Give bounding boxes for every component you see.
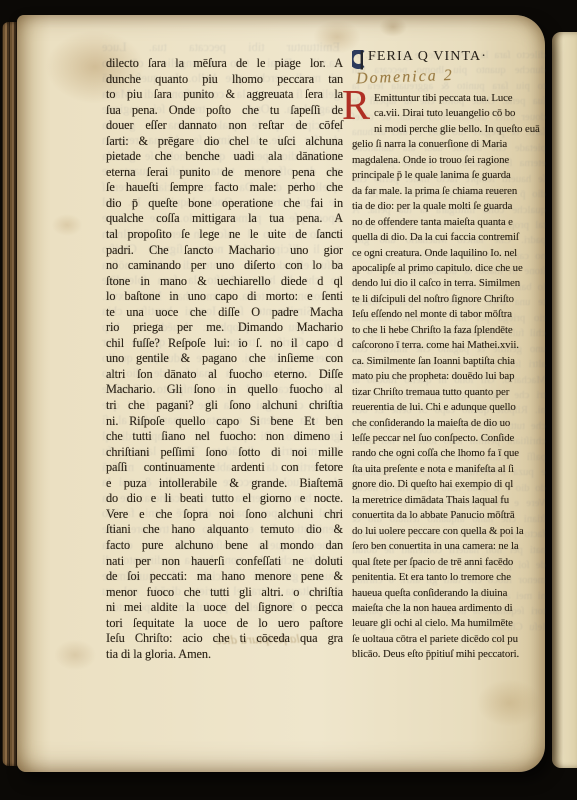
left-column-text: dilecto ſara la mēſura de le piage lor. … (106, 56, 343, 647)
next-page-fore-edge (552, 32, 577, 768)
rubric-initial: R (342, 92, 368, 123)
header-title: FERIA Q VINTA· (368, 49, 487, 65)
book-scan: Emittuntur tibi peccata tua. Luce ca.vii… (0, 0, 577, 800)
paragraph-mark-icon (352, 50, 365, 70)
left-column-last-line: tia di la gloria. Amen. (106, 647, 343, 663)
right-column: R Emittuntur tibi peccata tua. Luce ca.v… (352, 91, 546, 663)
left-column: dilecto ſara la mēſura de le piage lor. … (106, 56, 343, 662)
right-column-text: Emittuntur tibi peccata tua. Luce ca.vii… (352, 92, 540, 660)
